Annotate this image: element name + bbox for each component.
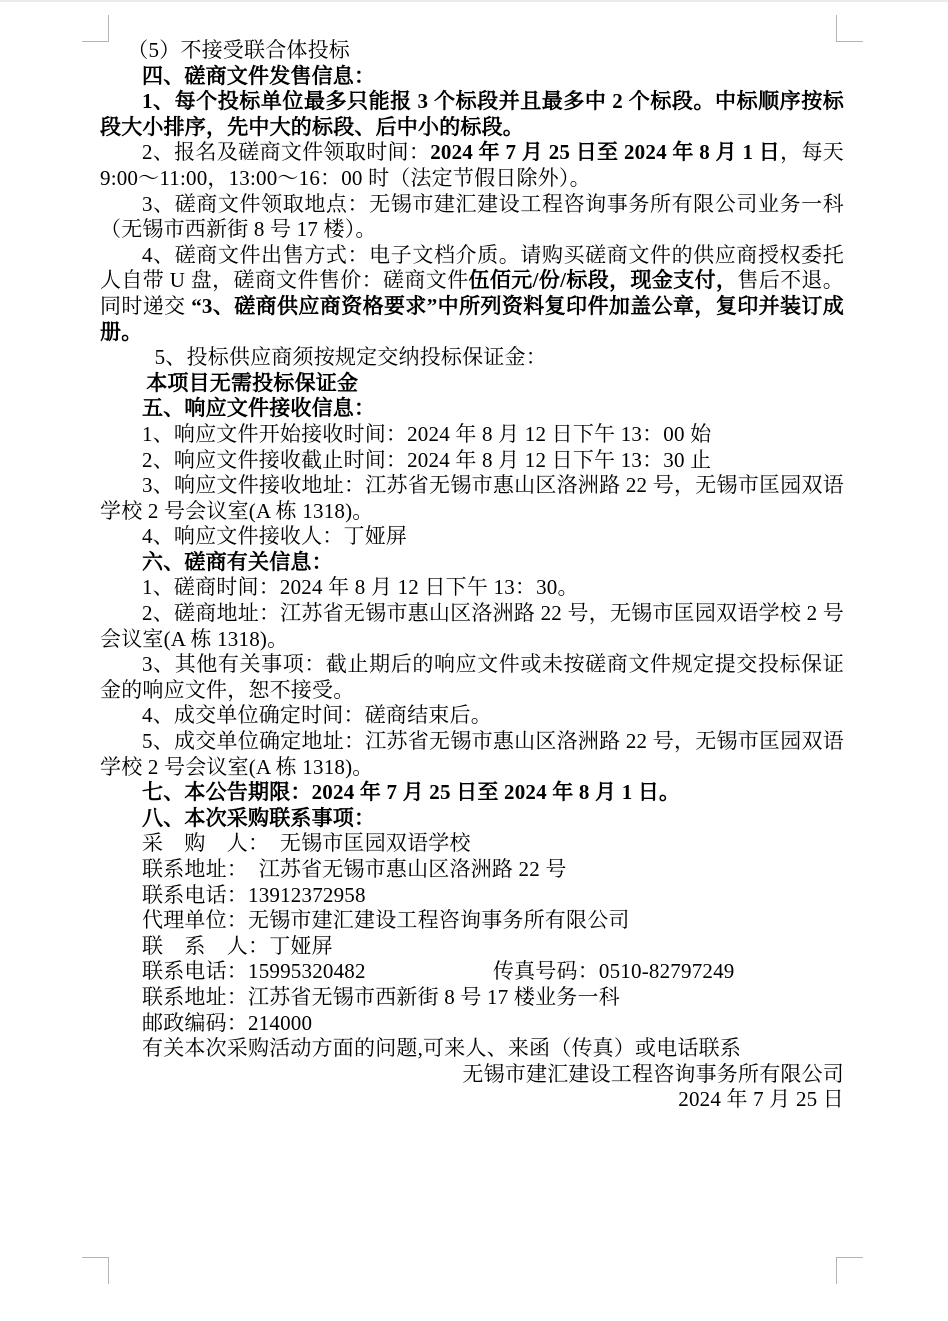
text-segment: 联 系 人：丁娅屏 [142,934,333,958]
para-5-1-receipt-start-time: 1、响应文件开始接收时间：2024 年 8 月 12 日下午 13：00 始 [100,422,844,448]
para-5-3-receipt-address: 3、响应文件接收地址：江苏省无锡市惠山区洛洲路 22 号，无锡市匡园双语学校 2… [100,473,844,524]
para-signature-date: 2024 年 7 月 25 日 [100,1087,844,1113]
para-agency-contact-person: 联 系 人：丁娅屏 [100,934,844,960]
text-segment: 联系电话：13912372958 [142,883,366,907]
page-top-edge [0,0,948,2]
para-agency-phone-fax: 联系电话：15995320482 传真号码：0510-82797249 [100,959,844,985]
para-agency-address: 联系地址：江苏省无锡市西新街 8 号 17 楼业务一科 [100,985,844,1011]
para-purchaser: 采 购 人： 无锡市匡园双语学校 [100,831,844,857]
text-segment: 2024 年 7 月 25 日至 2024 年 8 月 1 日 [430,140,780,164]
text-segment: 5、投标供应商须按规定交纳投标保证金： [155,345,547,369]
text-segment: 5、成交单位确定地址：江苏省无锡市惠山区洛洲路 22 号，无锡市匡园双语学校 2… [100,729,844,779]
para-inquiry-note: 有关本次采购活动方面的问题,可来人、来函（传真）或电话联系 [100,1036,844,1062]
text-segment: 无锡市建汇建设工程咨询事务所有限公司 [462,1062,844,1086]
para-6-3-other-matters: 3、其他有关事项：截止期后的响应文件或未按磋商文件规定提交投标保证金的响应文件，… [100,652,844,703]
text-segment: 4、成交单位确定时间：磋商结束后。 [142,703,492,727]
para-postal-code: 邮政编码：214000 [100,1011,844,1037]
text-segment: 2024 年 7 月 25 日 [678,1087,844,1111]
para-6-2-consultation-address: 2、磋商地址：江苏省无锡市惠山区洛洲路 22 号，无锡市匡园双语学校 2 号会议… [100,601,844,652]
text-segment: （5）不接受联合体投标 [127,38,350,62]
heading-section-4-document-sale-info: 四、磋商文件发售信息： [100,64,844,90]
heading-section-8-contact-matters: 八、本次采购联系事项： [100,806,844,832]
text-segment: 联系地址：江苏省无锡市西新街 8 号 17 楼业务一科 [142,985,620,1009]
heading-section-6-consultation-info: 六、磋商有关信息： [100,550,844,576]
text-segment: 八、本次采购联系事项： [142,806,375,830]
text-segment: 代理单位：无锡市建汇建设工程咨询事务所有限公司 [142,908,630,932]
margin-crop-mark-bottom-left [82,1257,109,1284]
text-segment: 伍佰元/份/标段，现金支付， [469,268,738,292]
para-no-bid-bond-required: 本项目无需投标保证金 [100,371,844,397]
para-5-2-receipt-deadline: 2、响应文件接收截止时间：2024 年 8 月 12 日下午 13：30 止 [100,448,844,474]
para-6-1-consultation-time: 1、磋商时间：2024 年 8 月 12 日下午 13：30。 [100,575,844,601]
para-agency: 代理单位：无锡市建汇建设工程咨询事务所有限公司 [100,908,844,934]
text-segment: 六、磋商有关信息： [142,550,333,574]
para-4-4-document-sale-method: 4、磋商文件出售方式：电子文档介质。请购买磋商文件的供应商授权委托人自带 U 盘… [100,243,844,345]
document-page: （5）不接受联合体投标四、磋商文件发售信息：1、每个投标单位最多只能报 3 个标… [0,0,948,1321]
text-segment: 联系地址： 江苏省无锡市惠山区洛洲路 22 号 [142,857,567,881]
para-purchaser-address: 联系地址： 江苏省无锡市惠山区洛洲路 22 号 [100,857,844,883]
text-segment: 4、响应文件接收人：丁娅屏 [142,524,407,548]
para-4-3-document-pickup-place: 3、磋商文件领取地点：无锡市建汇建设工程咨询事务所有限公司业务一科（无锡市西新街… [100,192,844,243]
para-5-4-receipt-person: 4、响应文件接收人：丁娅屏 [100,524,844,550]
text-segment: 五、响应文件接收信息： [142,396,375,420]
text-segment: 2、磋商地址：江苏省无锡市惠山区洛洲路 22 号，无锡市匡园双语学校 2 号会议… [100,601,844,651]
heading-section-5-response-file-receipt-info: 五、响应文件接收信息： [100,396,844,422]
para-6-4-award-time: 4、成交单位确定时间：磋商结束后。 [100,703,844,729]
para-signature-company: 无锡市建汇建设工程咨询事务所有限公司 [100,1062,844,1088]
text-segment: 1、响应文件开始接收时间：2024 年 8 月 12 日下午 13：00 始 [142,422,711,446]
para-no-consortium-bidding: （5）不接受联合体投标 [100,38,844,64]
text-segment: 本项目无需投标保证金 [146,371,358,395]
text-segment: 1、每个投标单位最多只能报 3 个标段并且最多中 2 个标段。中标顺序按标段大小… [100,89,844,139]
text-segment: 四、磋商文件发售信息： [142,64,375,88]
text-segment: 1、磋商时间：2024 年 8 月 12 日下午 13：30。 [142,575,579,599]
margin-crop-mark-bottom-right [836,1257,863,1284]
document-body: （5）不接受联合体投标四、磋商文件发售信息：1、每个投标单位最多只能报 3 个标… [100,38,844,1113]
text-segment: “3、磋商供应商资格要求”中所列资料复印件加盖公章，复印并装订成册。 [100,294,844,344]
para-4-2-document-pickup-time: 2、报名及磋商文件领取时间：2024 年 7 月 25 日至 2024 年 8 … [100,140,844,191]
text-segment: 3、响应文件接收地址：江苏省无锡市惠山区洛洲路 22 号，无锡市匡园双语学校 2… [100,473,844,523]
para-4-1-lot-limit: 1、每个投标单位最多只能报 3 个标段并且最多中 2 个标段。中标顺序按标段大小… [100,89,844,140]
para-purchaser-phone: 联系电话：13912372958 [100,883,844,909]
text-segment: 采 购 人： 无锡市匡园双语学校 [142,831,471,855]
para-4-5-bid-bond: 5、投标供应商须按规定交纳投标保证金： [100,345,844,371]
para-6-5-award-address: 5、成交单位确定地址：江苏省无锡市惠山区洛洲路 22 号，无锡市匡园双语学校 2… [100,729,844,780]
text-segment: 2、响应文件接收截止时间：2024 年 8 月 12 日下午 13：30 止 [142,448,711,472]
text-segment: 3、磋商文件领取地点：无锡市建汇建设工程咨询事务所有限公司业务一科（无锡市西新街… [100,192,844,242]
text-segment: 邮政编码：214000 [142,1011,312,1035]
text-segment: 联系电话：15995320482 传真号码：0510-82797249 [142,959,735,983]
text-segment: 有关本次采购活动方面的问题,可来人、来函（传真）或电话联系 [142,1036,741,1060]
heading-section-7-announcement-period: 七、本公告期限：2024 年 7 月 25 日至 2024 年 8 月 1 日。 [100,780,844,806]
text-segment: 2、报名及磋商文件领取时间： [142,140,430,164]
text-segment: 七、本公告期限：2024 年 7 月 25 日至 2024 年 8 月 1 日。 [142,780,680,804]
text-segment: 3、其他有关事项：截止期后的响应文件或未按磋商文件规定提交投标保证金的响应文件，… [100,652,844,702]
